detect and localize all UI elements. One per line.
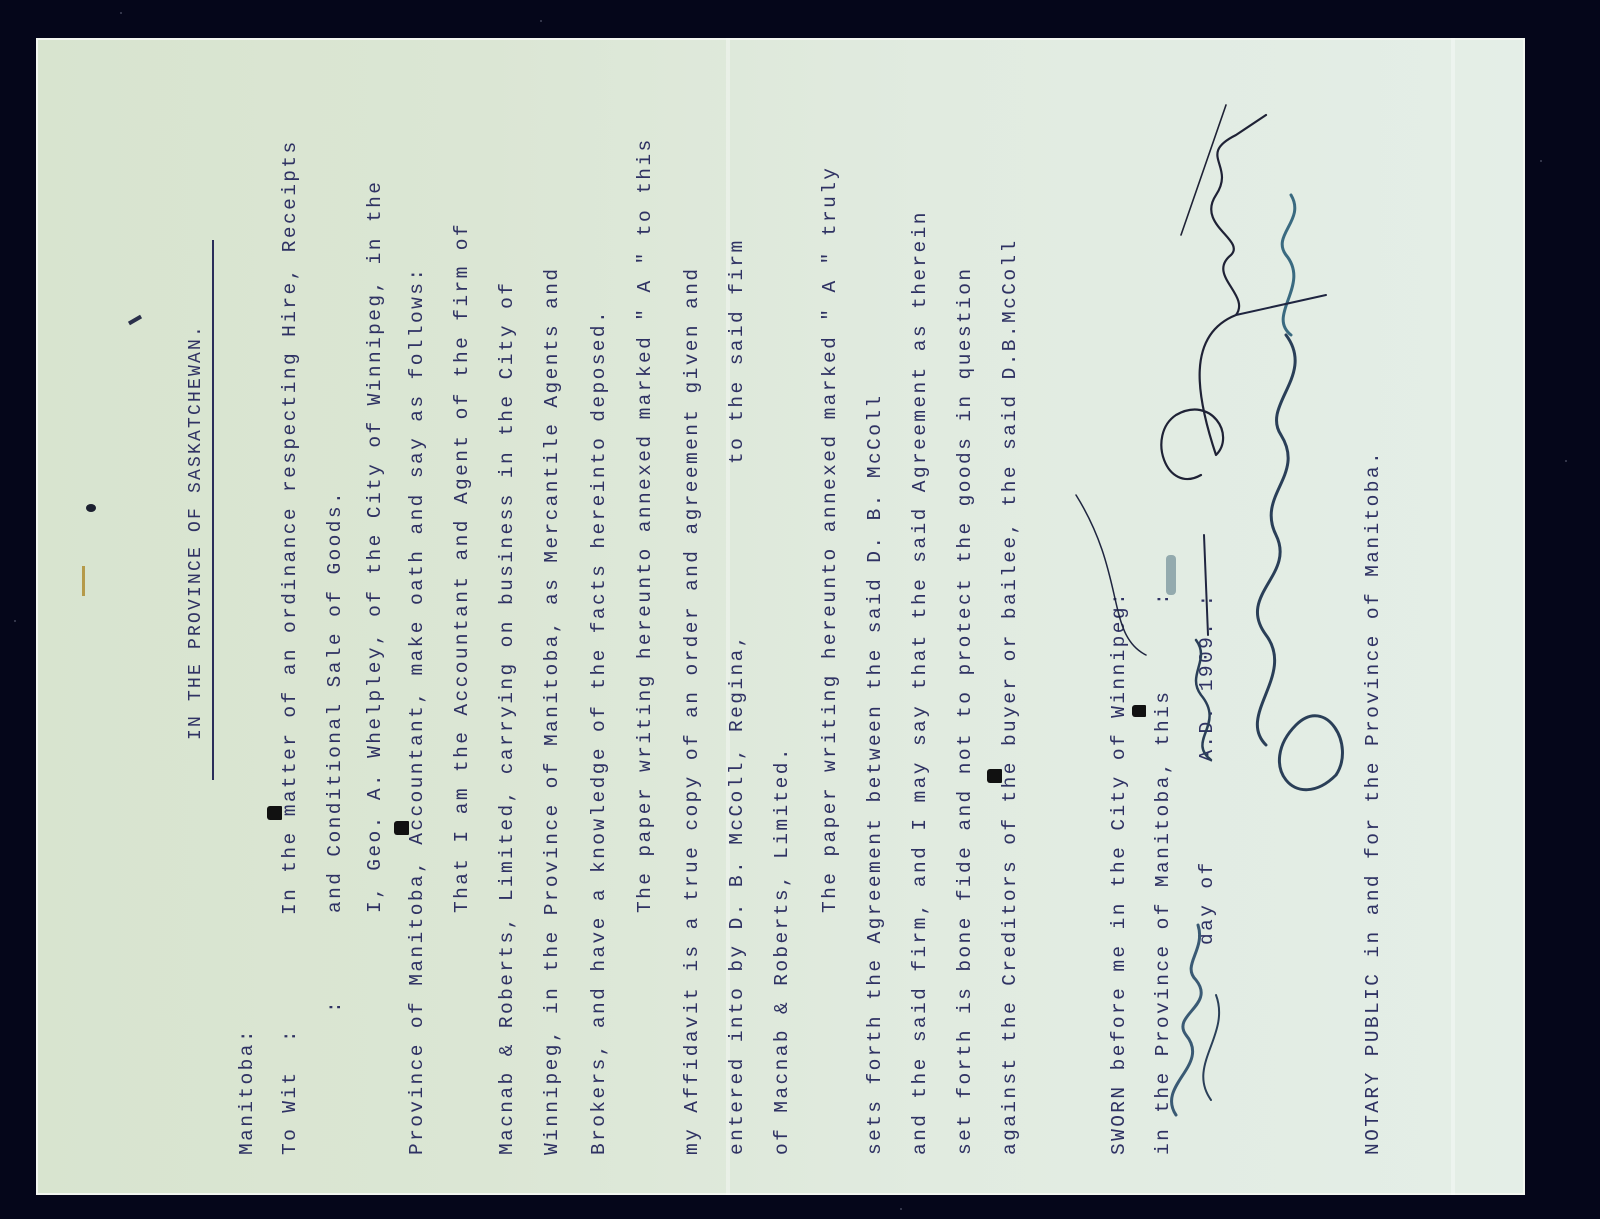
document-heading: IN THE PROVINCE OF SASKATCHEWAN. — [186, 324, 206, 740]
venue-to-wit: To Wit : — [279, 1028, 301, 1155]
matter-line-2: and Conditional Sale of Goods. — [324, 490, 346, 913]
para4-line3: and the said firm, and I may say that th… — [909, 210, 931, 1155]
background-speck — [14, 620, 16, 622]
jurat-line2: in the Province of Manitoba, this : — [1152, 591, 1174, 1155]
para3-line2: my Affidavit is a true copy of an order … — [681, 267, 703, 1155]
heading-underline — [212, 240, 214, 780]
para3-line4: of Macnab & Roberts, Limited. — [771, 746, 793, 1155]
para3-line1: The paper writing hereunto annexed marke… — [634, 137, 656, 913]
para2-line1: That I am the Accountant and Agent of th… — [451, 222, 473, 913]
para4-line1: The paper writing hereunto annexed marke… — [819, 166, 841, 913]
jurat-line3: day of A.D. 1909. : — [1196, 592, 1218, 945]
para1-line2: Province of Manitoba, Accountant, make o… — [406, 267, 428, 1155]
para1-line1: I, Geo. A. Whelpley, of the City of Winn… — [364, 180, 386, 913]
para2-line3: Winnipeg, in the Province of Manitoba, a… — [541, 267, 563, 1155]
venue-manitoba: Manitoba: — [236, 1028, 258, 1155]
para4-line5: against the Creditors of the buyer or ba… — [999, 238, 1021, 1155]
ink-smudge — [1166, 555, 1176, 595]
background-speck — [1565, 460, 1567, 462]
matter-line-1: In the matter of an ordinance respecting… — [279, 139, 301, 915]
background-speck — [1540, 160, 1542, 162]
para2-line2: Macnab & Roberts, Limited, carrying on b… — [496, 281, 518, 1155]
background-speck — [900, 1208, 902, 1210]
ink-blot — [267, 806, 282, 820]
ink-blot — [987, 769, 1002, 783]
background-speck — [540, 20, 542, 22]
notary-public-line: NOTARY PUBLIC in and for the Province of… — [1362, 450, 1384, 1155]
para3-line3: entered into by D. B. McColl, Regina, to… — [726, 238, 748, 1155]
ink-blot — [394, 821, 409, 835]
para4-line2: sets forth the Agreement between the sai… — [864, 393, 886, 1155]
background-speck — [120, 12, 122, 14]
para2-line4: Brokers, and have a knowledge of the fac… — [588, 309, 610, 1155]
document-page: IN THE PROVINCE OF SASKATCHEWAN. Manitob… — [36, 38, 1525, 1195]
venue-colon: : — [324, 999, 346, 1013]
jurat-line1: SWORN before me in the City of Winnipeg: — [1108, 591, 1130, 1155]
ink-blot — [1132, 705, 1146, 717]
para4-line4: set forth is bone fide and not to protec… — [954, 267, 976, 1155]
typed-affidavit: IN THE PROVINCE OF SASKATCHEWAN. Manitob… — [36, 38, 1525, 1195]
